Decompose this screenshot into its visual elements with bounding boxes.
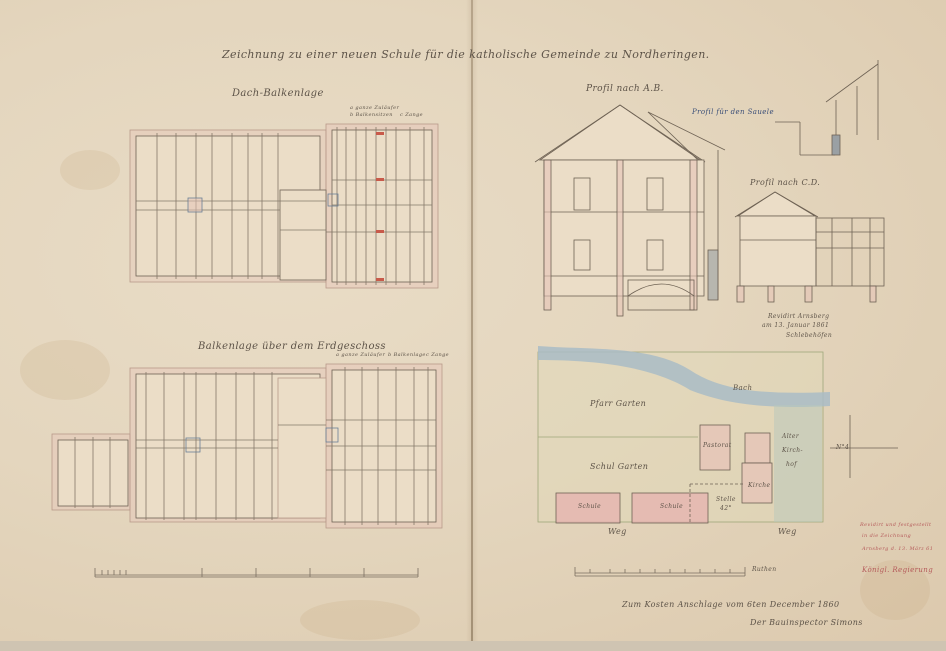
roof-plan-legend-1: a ganze Zuläufer [350, 105, 399, 111]
section-ab [535, 105, 725, 316]
ground-floor-legend-3: c Zange [426, 352, 449, 358]
drawing-sheet: Zeichnung zu einer neuen Schule für die … [0, 0, 946, 651]
approval-note-signature: Schlebehöfen [786, 332, 832, 339]
section-ab-label: Profil nach A.B. [586, 84, 664, 94]
kirchhof-label-1: Alter [782, 433, 799, 440]
roof-beam-plan [130, 124, 438, 288]
approval-note-line-2: am 13. Januar 1861 [762, 322, 829, 329]
pastorat-label: Pastorat [703, 442, 732, 449]
ground-floor-plan-label: Balkenlage über dem Erdgeschoss [198, 341, 386, 352]
dimension-note: 42° [720, 505, 732, 512]
left-scale-bar [95, 568, 418, 577]
kirchhof-label-2: Kirch- [782, 447, 803, 454]
new-school-label: Schule [660, 503, 683, 510]
kirchhof-label-3: hof [786, 461, 797, 468]
creek-label: Bach [733, 384, 752, 392]
way-left-label: Weg [608, 527, 627, 536]
kirche-label: Kirche [748, 482, 770, 489]
roof-plan-legend-3: c Zange [400, 112, 423, 118]
ground-floor-legend-2: b Balkenlage [388, 352, 426, 358]
scale-unit-label: Ruthen [752, 566, 776, 573]
footer-signature: Der Bauinspector Simons [750, 618, 863, 627]
schul-garten-label: Schul Garten [590, 462, 648, 471]
right-scale-bar [575, 567, 745, 576]
red-annotation-line-1: Revidirt und festgestellt [860, 522, 931, 528]
scan-bottom-edge [0, 641, 946, 651]
red-annotation-line-3: Arnsberg d. 13. März 61 [862, 546, 933, 552]
red-annotation-signature: Königl. Regierung [862, 566, 933, 574]
roof-plan-label: Dach-Balkenlage [232, 88, 324, 99]
ground-floor-beam-plan [52, 364, 442, 528]
drawing-title: Zeichnung zu einer neuen Schule für die … [222, 48, 710, 61]
footer-note: Zum Kosten Anschlage vom 6ten December 1… [622, 600, 840, 609]
roof-plan-legend-2: b Balkensitzen [350, 112, 393, 118]
old-school-label: Schule [578, 503, 601, 510]
pfarr-garten-label: Pfarr Garten [590, 399, 646, 408]
red-annotation-line-2: in die Zeichnung [862, 533, 911, 539]
section-cd [735, 192, 884, 302]
compass-label: N°4 [836, 444, 849, 451]
ground-floor-legend-1: a ganze Zuläufer [336, 352, 385, 358]
way-right-label: Weg [778, 527, 797, 536]
detail-profile [775, 60, 878, 155]
stelle-label: Stelle [716, 496, 736, 503]
section-cd-label: Profil nach C.D. [750, 178, 820, 187]
section-note-label: Profil für den Sauele [692, 108, 774, 116]
approval-note-line-1: Revidirt Arnsberg [768, 313, 829, 320]
